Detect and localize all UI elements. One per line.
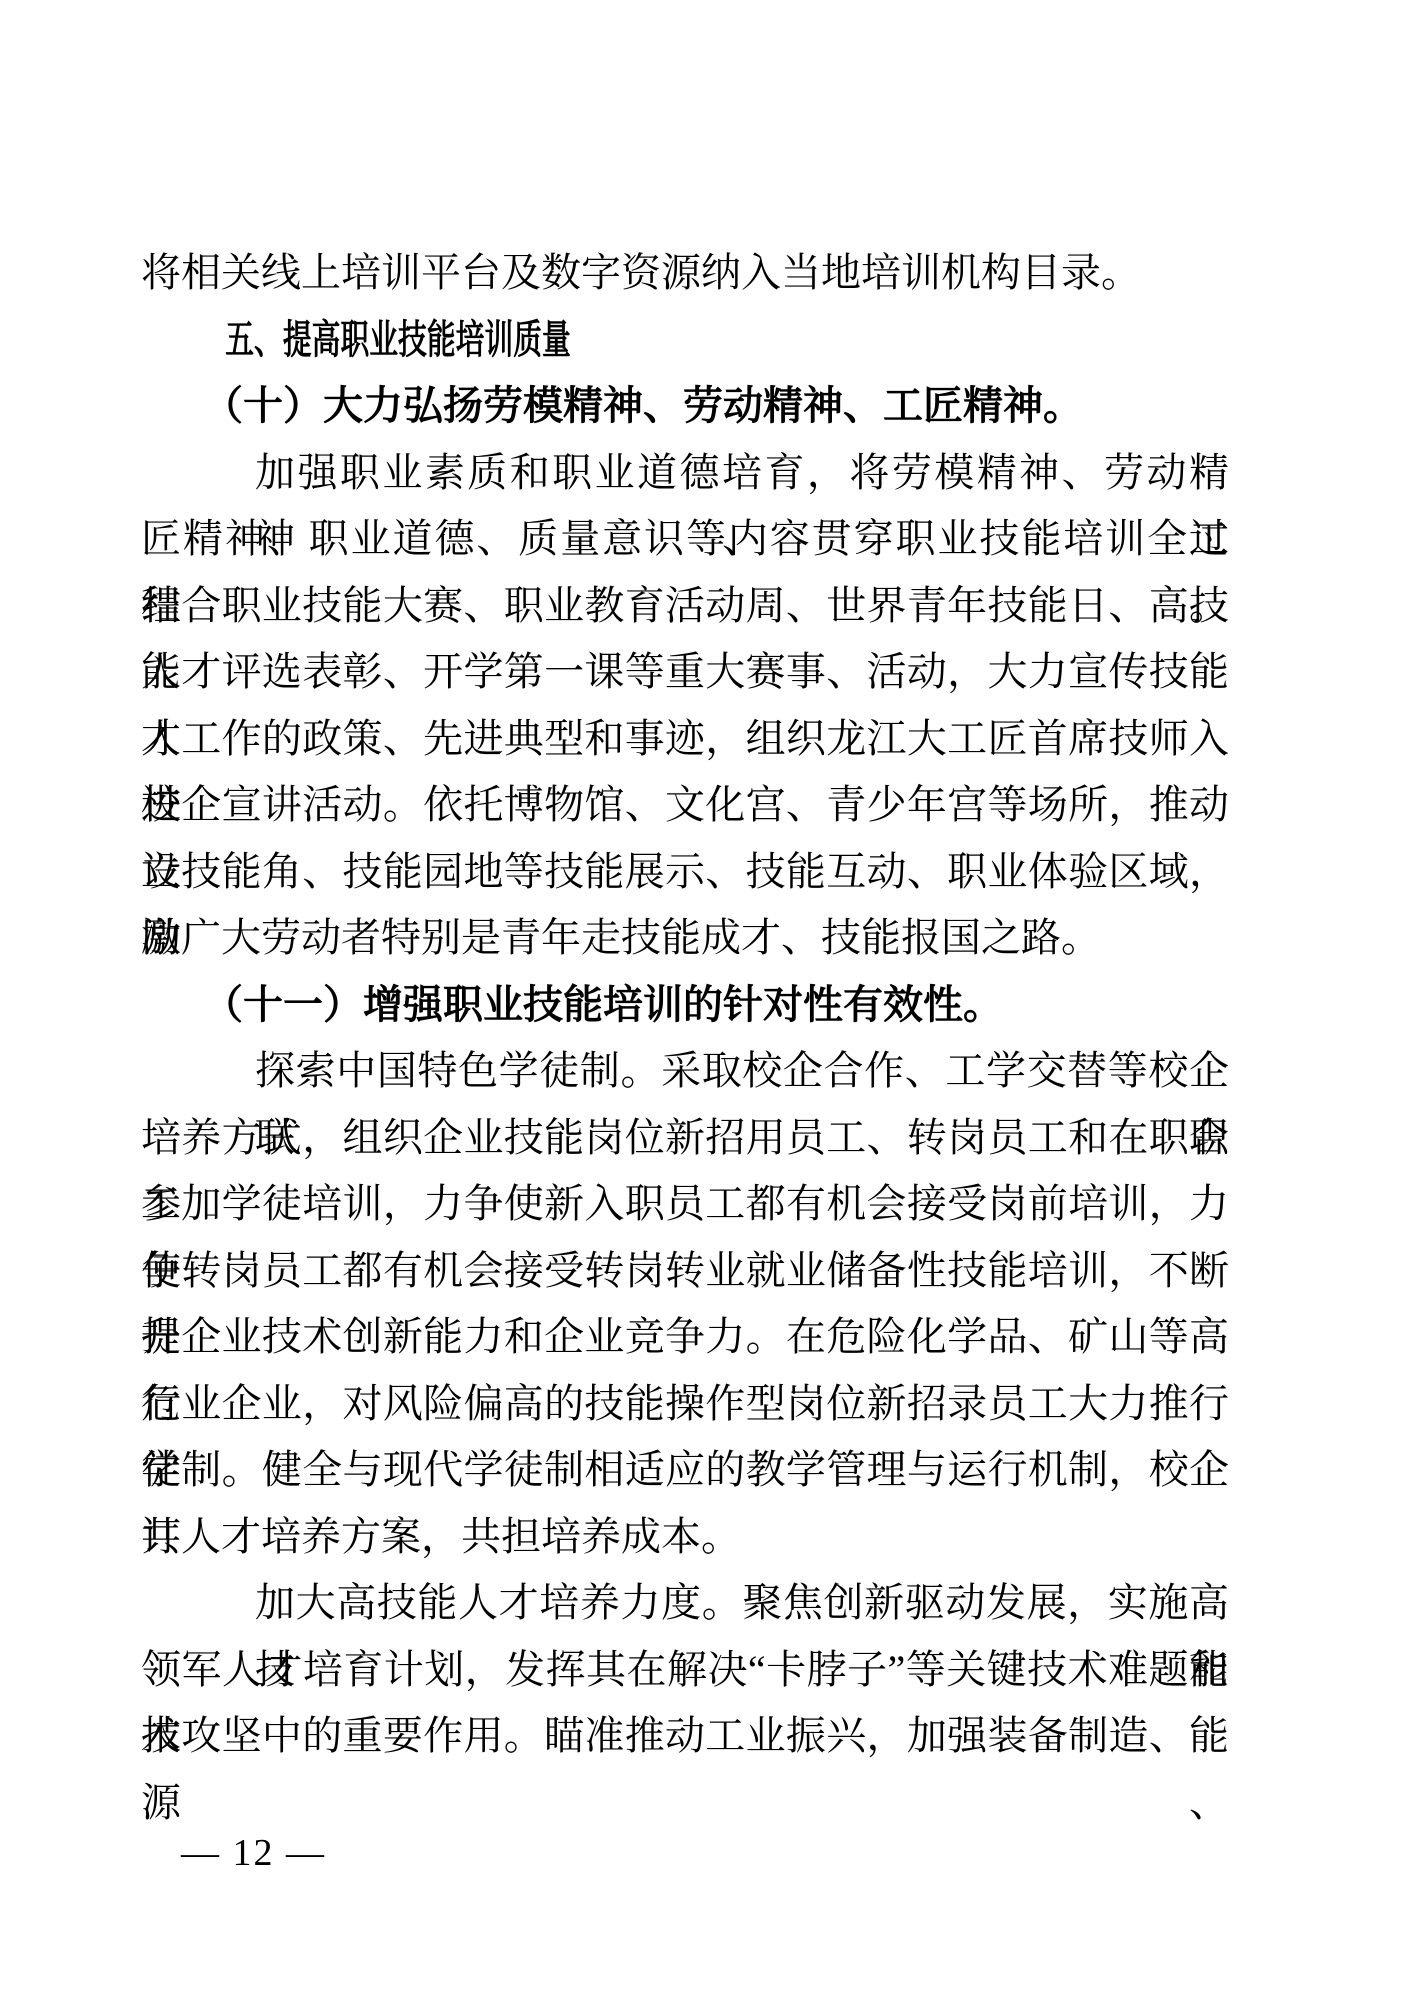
body-line: 探索中国特色学徒制。采取校企合作、工学交替等校企联合 <box>141 1038 1229 1105</box>
body-line: 使转岗员工都有机会接受转岗转业就业储备性技能培训，不断提 <box>141 1238 1229 1305</box>
body-line: 匠精神、职业道德、质量意识等内容贯穿职业技能培训全过程。 <box>141 506 1229 573</box>
body-line: 参加学徒培训，力争使新入职员工都有机会接受岗前培训，力争 <box>141 1171 1229 1238</box>
body-line: 才工作的政策、先进典型和事迹，组织龙江大工匠首席技师入校 <box>141 706 1229 773</box>
body-line: 立技能角、技能园地等技能展示、技能互动、职业体验区域，激 <box>141 839 1229 906</box>
body-line: 术攻坚中的重要作用。瞄准推动工业振兴，加强装备制造、能源、 <box>141 1703 1229 1770</box>
body-line: 人才评选表彰、开学第一课等重大赛事、活动，大力宣传技能人 <box>141 639 1229 706</box>
body-line: 订人才培养方案，共担培养成本。 <box>141 1504 1229 1571</box>
body-line: 结合职业技能大赛、职业教育活动周、世界青年技能日、高技能 <box>141 573 1229 640</box>
body-line: 徒制。健全与现代学徒制相适应的教学管理与运行机制，校企共 <box>141 1437 1229 1504</box>
text-block: 将相关线上培训平台及数字资源纳入当地培训机构目录。 五、提高职业技能培训质量 （… <box>141 240 1229 1770</box>
body-line: 升企业技术创新能力和企业竞争力。在危险化学品、矿山等高危 <box>141 1304 1229 1371</box>
body-line: 领军人才培育计划，发挥其在解决“卡脖子”等关键技术难题和技 <box>141 1637 1229 1704</box>
document-page: 将相关线上培训平台及数字资源纳入当地培训机构目录。 五、提高职业技能培训质量 （… <box>0 0 1411 1995</box>
section-heading-5: 五、提高职业技能培训质量 <box>141 307 924 374</box>
body-line: 励广大劳动者特别是青年走技能成才、技能报国之路。 <box>141 905 1229 972</box>
body-line: 行业企业，对风险偏高的技能操作型岗位新招录员工大力推行学 <box>141 1371 1229 1438</box>
page-number: — 12 — <box>181 1827 326 1879</box>
item-heading-11: （十一）增强职业技能培训的针对性有效性。 <box>141 972 1229 1039</box>
body-line: 进企宣讲活动。依托博物馆、文化宫、青少年宫等场所，推动设 <box>141 772 1229 839</box>
item-heading-10: （十）大力弘扬劳模精神、劳动精神、工匠精神。 <box>141 373 1229 440</box>
body-line: 加大高技能人才培养力度。聚焦创新驱动发展，实施高技能 <box>141 1570 1229 1637</box>
body-line: 培养方式，组织企业技能岗位新招用员工、转岗员工和在职职工 <box>141 1105 1229 1172</box>
body-line: 加强职业素质和职业道德培育，将劳模精神、劳动精神、工 <box>141 440 1229 507</box>
body-line: 将相关线上培训平台及数字资源纳入当地培训机构目录。 <box>141 240 1229 307</box>
